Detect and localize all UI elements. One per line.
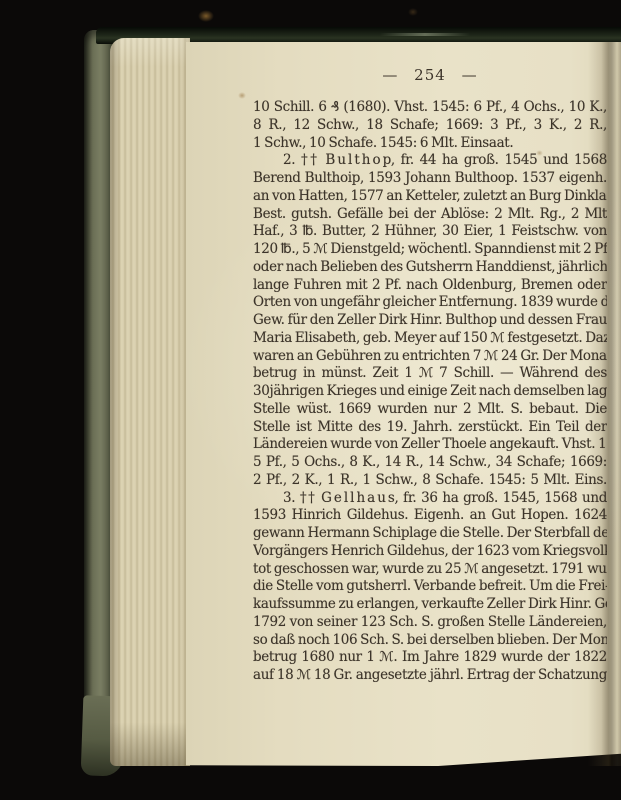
book-scan: — 254 — 10 Schill. 6 ₰ (1680). Vhst. 154… [0,0,621,800]
page-number: — 254 — [253,65,607,85]
text-line: kaufssumme zu erlangen, verkaufte Zeller… [253,596,607,614]
text-line: 2. †† B u l t h o p, fr. 44 ha groß. 154… [253,152,607,170]
text-line: Best. gutsh. Gefälle bei der Ablöse: 2 M… [253,206,607,224]
text-line: 1 Schw., 10 Schafe. 1545: 6 Mlt. Einsaat… [253,135,607,153]
text-line: 120 ℔., 5 ℳ Dienstgeld; wöchentl. Spannd… [253,241,607,259]
text-line: 1593 Hinrich Gildehus. Eigenh. an Gut Ho… [253,507,607,525]
text-line: Stelle wüst. 1669 wurden nur 2 Mlt. S. b… [253,401,607,419]
text-line: betrug 1680 nur 1 ℳ. Im Jahre 1829 wurde… [253,649,607,667]
text-line: 5 Pf., 5 Ochs., 8 K., 14 R., 14 Schw., 3… [253,454,607,472]
text-line: lange Fuhren mit 2 Pf. nach Oldenburg, B… [253,277,607,295]
text-line: 1792 von seiner 123 Sch. S. großen Stell… [253,614,607,632]
text-line: Ländereien wurde von Zeller Thoele angek… [253,436,607,454]
text-line: auf 18 ℳ 18 Gr. angesetzte jährl. Ertrag… [253,667,607,685]
text-line: so daß noch 106 Sch. S. bei derselben bl… [253,632,607,650]
text-line: oder nach Belieben des Gutsherrn Handdie… [253,259,607,277]
text-line: 30jährigen Krieges und einige Zeit nach … [253,383,607,401]
text-line: 2 Pf., 2 K., 1 R., 1 Schw., 8 Schafe. 15… [253,472,607,490]
text-line: 3. †† G e l l h a u s, fr. 36 ha groß. 1… [253,490,607,508]
text-line: die Stelle vom gutsherrl. Verbande befre… [253,578,607,596]
text-line: Stelle ist Mitte des 19. Jahrh. zerstück… [253,419,607,437]
text-line: Gew. für den Zeller Dirk Hinr. Bulthop u… [253,312,607,330]
text-line: Berend Bulthoip, 1593 Johann Bulthoop. 1… [253,170,607,188]
text-line: betrug in münst. Zeit 1 ℳ 7 Schill. — Wä… [253,365,607,383]
text-line: tot geschossen war, wurde zu 25 ℳ angese… [253,561,607,579]
text-line: an von Hatten, 1577 an Ketteler, zuletzt… [253,188,607,206]
text-line: gewann Hermann Schiplage die Stelle. Der… [253,525,607,543]
printed-text-layer: — 254 — 10 Schill. 6 ₰ (1680). Vhst. 154… [0,0,621,800]
body-text: 10 Schill. 6 ₰ (1680). Vhst. 1545: 6 Pf.… [253,99,607,685]
text-line: Vorgängers Henrich Gildehus, der 1623 vo… [253,543,607,561]
text-line: 8 R., 12 Schw., 18 Schafe; 1669: 3 Pf., … [253,117,607,135]
text-line: waren an Gebühren zu entrichten 7 ℳ 24 G… [253,348,607,366]
text-line: 10 Schill. 6 ₰ (1680). Vhst. 1545: 6 Pf.… [253,99,607,117]
text-line: Haf., 3 ℔. Butter, 2 Hühner, 30 Eier, 1 … [253,223,607,241]
text-line: Orten von ungefähr gleicher Entfernung. … [253,294,607,312]
text-line: Maria Elisabeth, geb. Meyer auf 150 ℳ fe… [253,330,607,348]
